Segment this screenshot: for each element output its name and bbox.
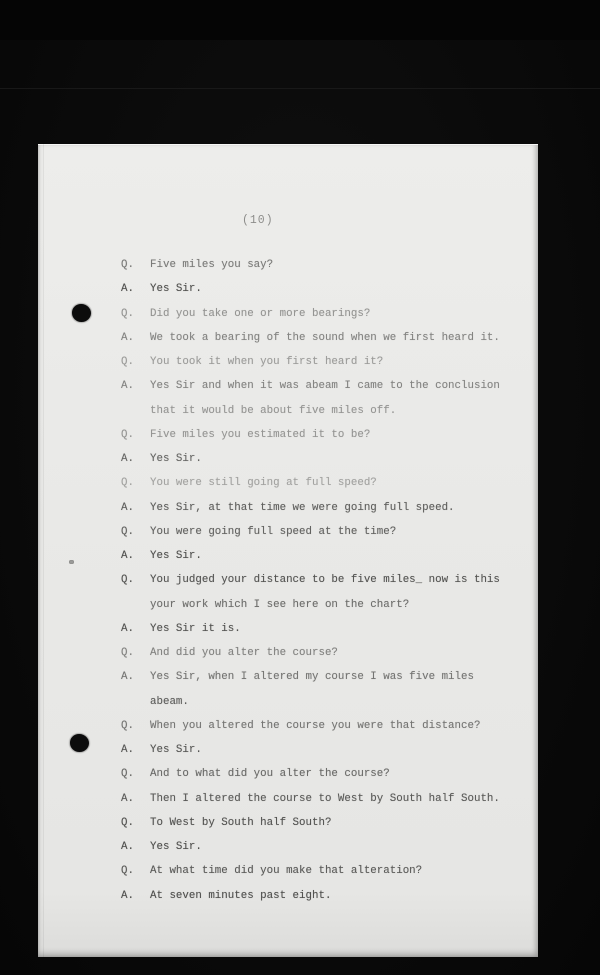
speaker-prefix: A.	[121, 665, 150, 689]
speaker-prefix: Q.	[121, 641, 150, 665]
line-text: At seven minutes past eight.	[150, 890, 331, 902]
line-text: Yes Sir and when it was abeam I came to …	[150, 380, 500, 392]
speaker-prefix: A.	[121, 447, 150, 471]
line-text: When you altered the course you were tha…	[150, 720, 480, 732]
line-text: You judged your distance to be five mile…	[150, 574, 500, 586]
speaker-prefix: Q.	[121, 811, 150, 835]
transcript-line: Q.At what time did you make that alterat…	[38, 859, 538, 883]
paper-speck	[69, 560, 74, 564]
transcript-line: A.Yes Sir.	[38, 277, 538, 301]
line-text: At what time did you make that alteratio…	[150, 865, 422, 877]
speaker-prefix: Q.	[121, 520, 150, 544]
transcript-line: A.Yes Sir, when I altered my course I wa…	[38, 665, 538, 689]
line-text: You were going full speed at the time?	[150, 526, 396, 538]
line-text: Yes Sir it is.	[150, 623, 241, 635]
line-text: Yes Sir.	[150, 283, 202, 295]
speaker-prefix: Q.	[121, 714, 150, 738]
transcript-line: Q.You judged your distance to be five mi…	[38, 568, 538, 592]
transcript-line: A.Yes Sir.	[38, 447, 538, 471]
line-text: Yes Sir.	[150, 841, 202, 853]
hole-punch-bottom	[70, 734, 89, 752]
transcript-line: A.Yes Sir and when it was abeam I came t…	[38, 374, 538, 398]
line-text: Then I altered the course to West by Sou…	[150, 793, 500, 805]
speaker-prefix: Q.	[121, 568, 150, 592]
transcript-line: A.At seven minutes past eight.	[38, 884, 538, 908]
transcript-line: Q.Did you take one or more bearings?	[38, 302, 538, 326]
transcript-line: A.Yes Sir it is.	[38, 617, 538, 641]
transcript-line: A.Yes Sir.	[38, 835, 538, 859]
speaker-prefix: Q.	[121, 423, 150, 447]
line-text: And to what did you alter the course?	[150, 768, 390, 780]
film-top-band	[0, 0, 600, 40]
scan-background: (10) Q.Five miles you say?A.Yes Sir.Q.Di…	[0, 0, 600, 975]
transcript-line: A.Yes Sir, at that time we were going fu…	[38, 496, 538, 520]
speaker-prefix: Q.	[121, 350, 150, 374]
film-seam-line	[0, 88, 600, 89]
line-text: Yes Sir.	[150, 453, 202, 465]
speaker-prefix: Q.	[121, 859, 150, 883]
speaker-prefix: A.	[121, 326, 150, 350]
line-text: Five miles you estimated it to be?	[150, 429, 370, 441]
transcript-line: A.Yes Sir.	[38, 738, 538, 762]
speaker-prefix: A.	[121, 738, 150, 762]
line-text: abeam.	[150, 696, 189, 708]
speaker-prefix: Q.	[121, 302, 150, 326]
transcript-line: abeam.	[38, 690, 538, 714]
line-text: Five miles you say?	[150, 259, 273, 271]
speaker-prefix: A.	[121, 617, 150, 641]
line-text: And did you alter the course?	[150, 647, 338, 659]
hole-punch-top	[72, 304, 91, 322]
speaker-prefix: A.	[121, 787, 150, 811]
transcript-line: Q.You were going full speed at the time?	[38, 520, 538, 544]
transcript-line: Q.You were still going at full speed?	[38, 471, 538, 495]
line-text: Yes Sir, at that time we were going full…	[150, 502, 455, 514]
transcript-line: Q.And did you alter the course?	[38, 641, 538, 665]
line-text: We took a bearing of the sound when we f…	[150, 332, 500, 344]
line-text: that it would be about five miles off.	[150, 405, 396, 417]
transcript-line: Q.When you altered the course you were t…	[38, 714, 538, 738]
speaker-prefix: A.	[121, 277, 150, 301]
document-page: (10) Q.Five miles you say?A.Yes Sir.Q.Di…	[38, 144, 538, 957]
speaker-prefix: Q.	[121, 471, 150, 495]
transcript-line: your work which I see here on the chart?	[38, 593, 538, 617]
transcript-line: A.Then I altered the course to West by S…	[38, 787, 538, 811]
speaker-prefix: A.	[121, 835, 150, 859]
page-number: (10)	[242, 214, 274, 227]
speaker-prefix: Q.	[121, 762, 150, 786]
line-text: You took it when you first heard it?	[150, 356, 383, 368]
transcript-line: A.We took a bearing of the sound when we…	[38, 326, 538, 350]
transcript-line: Q.You took it when you first heard it?	[38, 350, 538, 374]
speaker-prefix: A.	[121, 544, 150, 568]
transcript-line: Q.Five miles you estimated it to be?	[38, 423, 538, 447]
speaker-prefix: Q.	[121, 253, 150, 277]
line-text: your work which I see here on the chart?	[150, 599, 409, 611]
line-text: To West by South half South?	[150, 817, 331, 829]
line-text: You were still going at full speed?	[150, 477, 377, 489]
speaker-prefix: A.	[121, 884, 150, 908]
speaker-prefix: A.	[121, 374, 150, 398]
line-text: Yes Sir.	[150, 744, 202, 756]
line-text: Yes Sir.	[150, 550, 202, 562]
line-text: Yes Sir, when I altered my course I was …	[150, 671, 474, 683]
transcript-line: A.Yes Sir.	[38, 544, 538, 568]
transcript-line: Q.Five miles you say?	[38, 253, 538, 277]
transcript-line: Q.And to what did you alter the course?	[38, 762, 538, 786]
transcript: Q.Five miles you say?A.Yes Sir.Q.Did you…	[38, 253, 538, 908]
transcript-line: that it would be about five miles off.	[38, 399, 538, 423]
line-text: Did you take one or more bearings?	[150, 308, 370, 320]
transcript-line: Q.To West by South half South?	[38, 811, 538, 835]
speaker-prefix: A.	[121, 496, 150, 520]
